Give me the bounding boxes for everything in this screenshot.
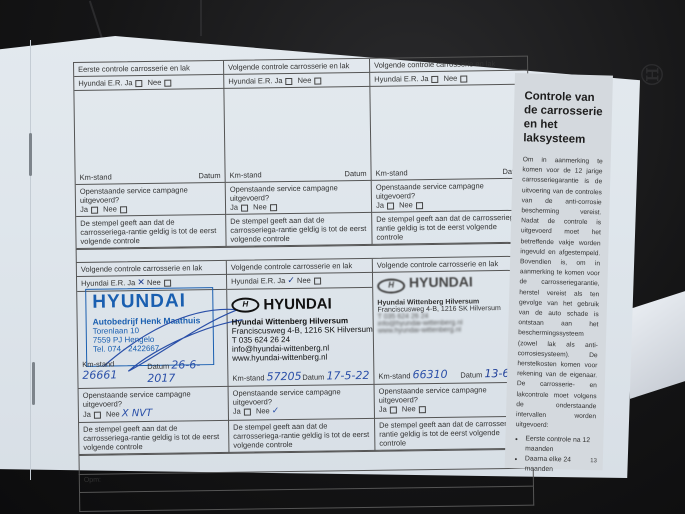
stamp-note: De stempel geeft aan dat de carrosserieg…	[229, 419, 375, 453]
date-label: Datum	[302, 373, 324, 382]
nee-checkbox[interactable]	[314, 77, 321, 84]
nee-label: Nee	[298, 76, 312, 85]
ja-label: Ja	[376, 201, 384, 210]
nee-checkbox[interactable]	[164, 279, 171, 286]
hyundai-logo: H HYUNDAI	[377, 273, 501, 294]
campaign-label: Openstaande service campagne uitgevoerd?	[376, 181, 525, 201]
km-label: Km-stand	[378, 371, 410, 380]
stamped-cell[interactable]: Hyundai E.R. Ja ✓ Nee HHYUNDAI Hyundai W…	[227, 273, 375, 387]
page-number: 13	[590, 458, 597, 464]
nee-label: Nee	[399, 200, 413, 209]
sidebar-body: Om in aanmerking te komen voor de 12 jar…	[516, 155, 603, 432]
ja-checkbox[interactable]	[91, 206, 98, 213]
campaign-value: X NVT	[122, 408, 153, 419]
inspection-grid-row-1: Eerste controle carrosserie en lak Volge…	[73, 56, 531, 250]
info-sidebar: Controle van de carrosserie en het laksy…	[505, 73, 613, 470]
nee-label: Nee	[253, 202, 267, 211]
ja-label: Ja	[274, 76, 282, 85]
ja-label: Ja	[127, 278, 135, 287]
nee-checkbox[interactable]	[270, 204, 277, 211]
km-label: Km-stand	[82, 359, 114, 368]
campaign-label: Openstaande service campagne uitgevoerd?	[83, 389, 224, 409]
interval-item: Eerste controle na 12 maanden	[525, 435, 595, 457]
staple	[32, 362, 35, 405]
er-label: Hyundai E.R.	[228, 76, 272, 86]
ja-label: Ja	[80, 205, 88, 214]
ja-checkbox[interactable]	[241, 204, 248, 211]
nee-checkbox[interactable]	[416, 202, 423, 209]
seat-seam	[200, 0, 202, 36]
nee-label: Nee	[103, 204, 117, 213]
ja-label: Ja	[125, 78, 133, 87]
km-value: 57205	[267, 370, 302, 383]
er-checkbox-row: Hyundai E.R. Ja ✓ Nee	[227, 273, 372, 290]
km-label: Km-stand	[232, 373, 264, 382]
ja-checkbox[interactable]	[94, 411, 101, 418]
ja-label: Ja	[83, 410, 91, 419]
stamp-area[interactable]: Km-standDatum	[74, 89, 225, 185]
nee-label: Nee	[106, 409, 120, 418]
stamp-area[interactable]: Km-standDatum	[224, 87, 371, 183]
km-date-row: Km-stand 57205Datum 17-5-22	[232, 369, 369, 384]
nee-checkbox[interactable]	[120, 206, 127, 213]
staple	[29, 133, 32, 176]
ja-label: Ja	[379, 405, 387, 414]
campaign-label: Openstaande service campagne uitgevoerd?	[233, 387, 370, 407]
ja-checkbox[interactable]	[135, 80, 142, 87]
km-value: 66310	[413, 368, 448, 381]
campaign-question: Openstaande service campagne uitgevoerd?…	[76, 183, 226, 217]
ja-label: Ja	[277, 276, 285, 285]
nee-label: Nee	[147, 278, 161, 287]
km-label: Km-stand	[230, 170, 262, 179]
km-label: Km-stand	[376, 168, 408, 177]
nee-checked-mark: ✓	[272, 406, 280, 416]
ja-checked-mark: ✓	[287, 276, 295, 286]
nee-label: Nee	[402, 404, 416, 413]
inspection-form: Eerste controle carrosserie en lak Volge…	[73, 56, 534, 462]
date-label: Datum	[460, 370, 482, 379]
nee-checkbox[interactable]	[419, 406, 426, 413]
date-label: Datum	[198, 171, 220, 180]
hyundai-emblem-icon: H	[377, 278, 405, 293]
km-value: 26661	[82, 368, 117, 381]
inspection-grid-row-2: Volgende controle carrosserie en lak Vol…	[76, 256, 534, 456]
white-cloth	[630, 291, 685, 399]
ja-label: Ja	[420, 74, 428, 83]
date-value: 17-5-22	[326, 369, 369, 383]
ja-label: Ja	[230, 203, 238, 212]
ja-checkbox[interactable]	[387, 202, 394, 209]
km-date-row: Km-stand 66310Datum 13-6-23	[378, 367, 527, 382]
ja-checkbox[interactable]	[431, 75, 438, 82]
ja-checked-mark: ✕	[137, 278, 145, 288]
km-label: Km-stand	[80, 172, 112, 181]
campaign-question: Openstaande service campagne uitgevoerd?…	[79, 387, 229, 423]
booklet-gutter	[30, 40, 31, 480]
hyundai-emblem-icon: H	[231, 297, 259, 312]
interval-list: Eerste controle na 12 maanden Daarna elk…	[514, 435, 595, 477]
nee-label: Nee	[443, 74, 457, 83]
campaign-label: Openstaande service campagne uitgevoerd?	[80, 185, 221, 205]
nee-checkbox[interactable]	[460, 75, 467, 82]
nee-checkbox[interactable]	[314, 277, 321, 284]
nee-label: Nee	[148, 78, 162, 87]
er-label: Hyundai E.R.	[374, 74, 418, 84]
dealer-stamp: HHYUNDAI Hyundai Wittenberg Hilversum Fr…	[231, 295, 373, 363]
dealer-website: www.hyundai-wittenberg.nl	[232, 352, 373, 363]
ja-checkbox[interactable]	[244, 408, 251, 415]
nee-label: Nee	[297, 276, 311, 285]
seat-hyundai-emblem: Ⓗ	[637, 63, 668, 87]
er-label: Hyundai E.R.	[231, 276, 275, 286]
hyundai-logo: HHYUNDAI	[231, 295, 372, 314]
dealer-stamp: H HYUNDAI Hyundai Wittenberg Hilversum F…	[377, 273, 501, 335]
stamp-note: De stempel geeft aan dat de carrosserieg…	[226, 213, 372, 247]
campaign-question: Openstaande service campagne uitgevoerd?…	[372, 179, 529, 213]
date-label: Datum	[147, 362, 169, 371]
interval-item: Daarna elke 24 maanden	[524, 455, 594, 477]
date-label: Datum	[344, 169, 366, 178]
stamp-note: De stempel geeft aan dat de carrosserieg…	[79, 421, 229, 455]
seat-seam	[89, 1, 103, 40]
nee-checkbox[interactable]	[164, 79, 171, 86]
stamp-area[interactable]: Km-standDatum	[370, 85, 528, 181]
er-label: Hyundai E.R.	[78, 78, 122, 88]
ja-checkbox[interactable]	[390, 406, 397, 413]
notes-label: Opm:	[84, 477, 101, 484]
campaign-question: Openstaande service campagne uitgevoerd?…	[226, 181, 372, 215]
er-label: Hyundai E.R.	[81, 278, 125, 288]
sidebar-title: Controle van de carrosserie en het laksy…	[523, 89, 604, 147]
ja-label: Ja	[233, 407, 241, 416]
stamp-note: De stempel geeft aan dat de carrosserieg…	[372, 211, 529, 245]
campaign-label: Openstaande service campagne uitgevoerd?	[230, 183, 367, 203]
campaign-question: Openstaande service campagne uitgevoerd?…	[229, 385, 375, 421]
stamp-note: De stempel geeft aan dat de carrosserieg…	[76, 215, 226, 249]
ja-checkbox[interactable]	[285, 77, 292, 84]
km-date-row: Km-stand 26661Datum 26-6-2017	[82, 358, 223, 386]
stamped-cell[interactable]: Hyundai E.R. Ja ✕ Nee HYUNDAI Autobedrij…	[77, 275, 229, 389]
dealer-website: www.hyundai-wittenberg.nl	[378, 326, 501, 335]
nee-label: Nee	[256, 406, 270, 415]
